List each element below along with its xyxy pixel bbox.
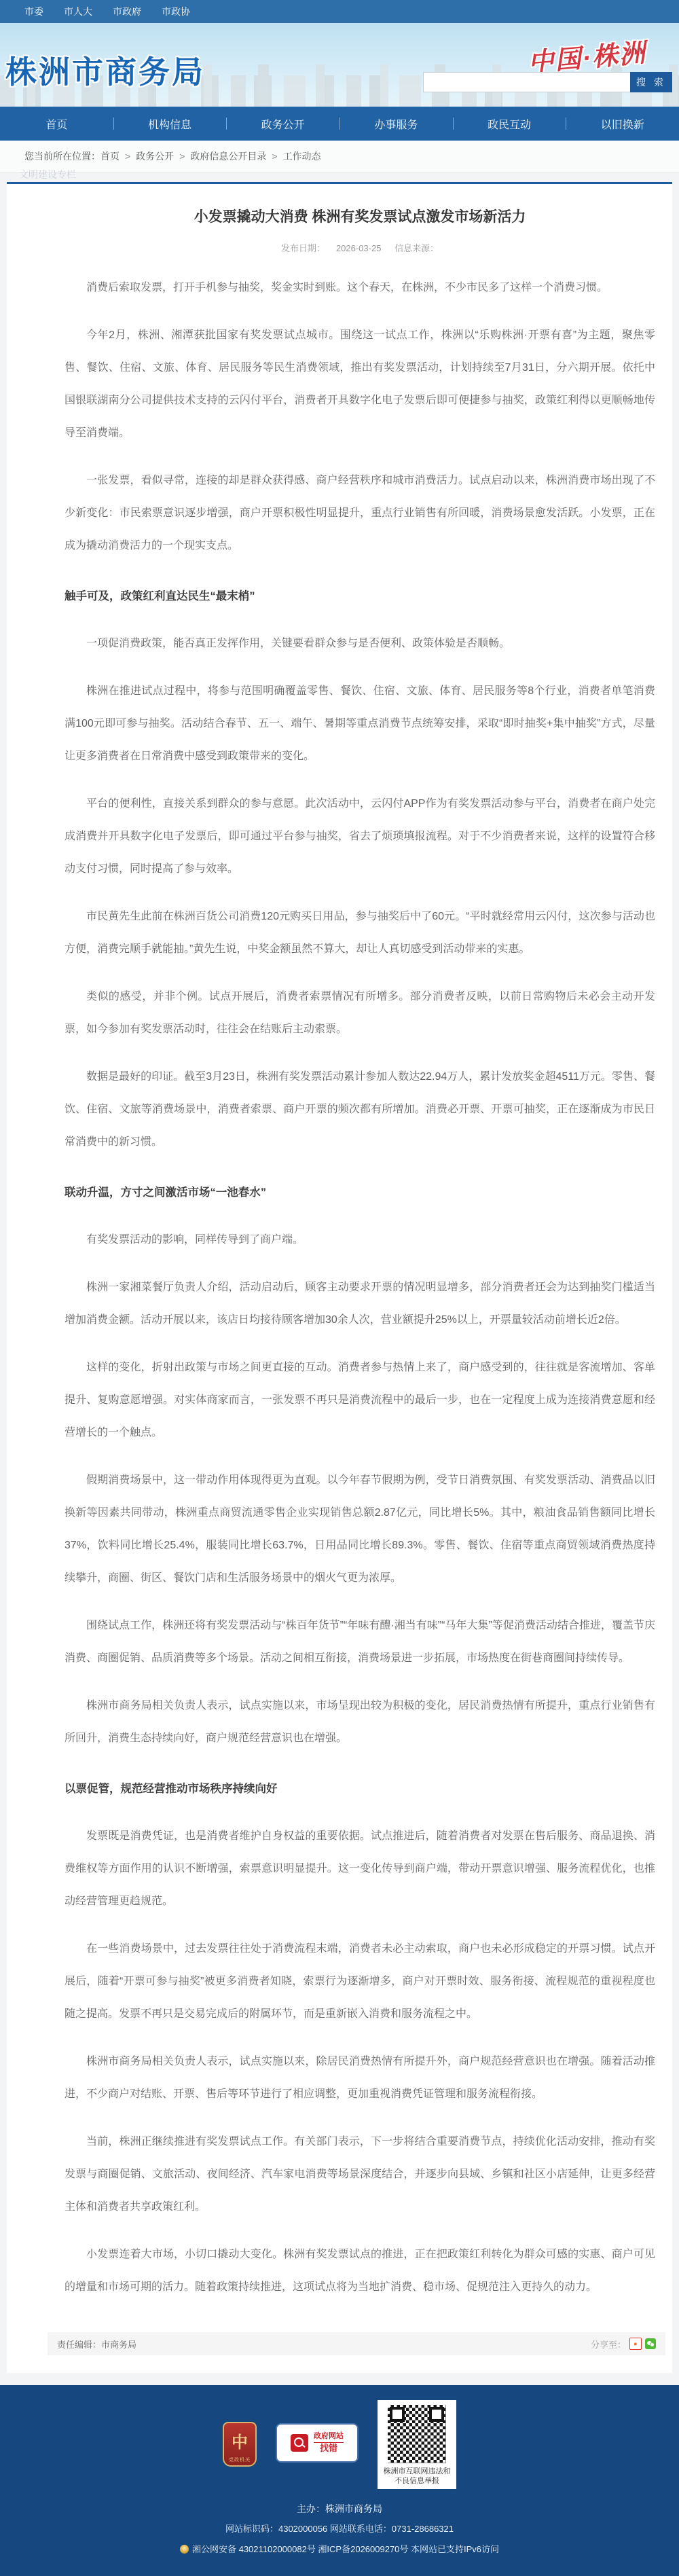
error-badge-line1: 政府网站 (314, 2432, 344, 2443)
illegal-info-report-badge[interactable]: 株洲市互联网违法和不良信息举报 (378, 2400, 456, 2489)
breadcrumb-section: 您当前所在位置： 首页 > 政务公开 > 政府信息公开目录 > 工作动态 文明建… (0, 141, 679, 182)
site-title: 株洲市商务局 (5, 48, 205, 92)
breadcrumb-item[interactable]: 政务公开 (136, 149, 174, 163)
article-paragraph: 一张发票，看似寻常，连接的却是群众获得感、商户经营秩序和城市消费活力。试点启动以… (65, 465, 655, 562)
article-paragraph: 株洲市商务局相关负责人表示，试点实施以来，除居民消费热情有所提升外，商户规范经营… (65, 2046, 655, 2111)
nav-item[interactable]: 机构信息 (113, 116, 227, 132)
article-card: 小发票撬动大消费 株洲有奖发票试点激发市场新活力 发布日期：2026-03-25… (7, 182, 672, 2373)
article-paragraph: 消费后索取发票，打开手机参与抽奖，奖金实时到账。这个春天，在株洲，不少市民多了这… (65, 272, 655, 304)
article-paragraph: 当前，株洲正继续推进有奖发票试点工作。有关部门表示，下一步将结合重要消费节点，持… (65, 2126, 655, 2224)
nav-item[interactable]: 政务公开 (226, 116, 339, 132)
article-paragraph: 这样的变化，折射出政策与市场之间更直接的互动。消费者参与热情上来了，商户感受到的… (65, 1352, 655, 1449)
beian-text: 湘公网安备 43021102000082号 湘ICP备2026009270号 本… (192, 2544, 499, 2554)
section-heading: 触手可及，政策红利直达民生“最末梢” (65, 580, 655, 613)
article-paragraph: 在一些消费场景中，过去发票往往处于消费流程末端，消费者未必主动索取，商户也未必形… (65, 1933, 655, 2031)
article-paragraph: 平台的便利性，直接关系到群众的参与意愿。此次活动中，云闪付APP作为有奖发票活动… (65, 788, 655, 886)
article-paragraph: 株洲一家湘菜餐厅负责人介绍，活动启动后，顾客主动要求开票的情况明显增多，部分消费… (65, 1271, 655, 1337)
breadcrumb-trail: 首页 > 政务公开 > 政府信息公开目录 > 工作动态 (100, 149, 321, 163)
site-banner: 株洲市商务局 中国·株洲 搜 索 (0, 23, 679, 107)
footer-badges: 中 党政机关 政府网站 找错 株洲市互联网违法和不良信息举报 (0, 2400, 679, 2489)
share-box: 分享至： ● (591, 2338, 656, 2351)
section-heading: 联动升温，方寸之间激活市场“一池春水” (65, 1176, 655, 1209)
breadcrumb-item[interactable]: 政府信息公开目录 (190, 149, 266, 163)
article-paragraph: 市民黄先生此前在株洲百货公司消费120元购买日用品，参与抽奖后中了60元。“平时… (65, 901, 655, 966)
error-badge-line2: 找错 (320, 2443, 337, 2454)
gov-links-bar: 市委市人大市政府市政协 (0, 0, 679, 23)
source-label: 信息来源： (394, 243, 439, 253)
search-bar: 搜 索 (423, 72, 672, 92)
gov-emblem-icon: 中 (224, 2429, 255, 2452)
footer-site-id-line: 网站标识码：4302000056 网站联系电话：0731-28686321 (0, 2519, 679, 2539)
nav-item[interactable]: 政民互动 (453, 116, 566, 132)
section-heading: 以票促管，规范经营推动市场秩序持续向好 (65, 1773, 655, 1805)
article-bottom-bar: 责任编辑：市商务局 分享至： ● (48, 2332, 665, 2355)
nav-item[interactable]: 办事服务 (339, 116, 453, 132)
gov-site-error-report-badge[interactable]: 政府网站 找错 (276, 2423, 359, 2463)
publish-date-label: 发布日期： (281, 243, 325, 253)
article-body: 消费后索取发票，打开手机参与抽奖，奖金实时到账。这个春天，在株洲，不少市民多了这… (65, 272, 655, 2304)
editor-name: 市商务局 (101, 2340, 136, 2350)
footer-host-line: 主办：株洲市商务局 (0, 2499, 679, 2519)
qr-code (388, 2405, 446, 2463)
nav-item[interactable]: 以旧换新 (566, 116, 679, 132)
article-paragraph: 类似的感受，并非个例。试点开展后，消费者索票情况有所增多。部分消费者反映，以前日… (65, 981, 655, 1046)
report-badge-caption: 株洲市互联网违法和不良信息举报 (382, 2467, 452, 2486)
article-paragraph: 一项促消费政策，能否真正发挥作用，关键要看群众参与是否便利、政策体验是否顺畅。 (65, 628, 655, 660)
gov-site-link[interactable]: 市委 (24, 5, 43, 18)
breadcrumb-separator: > (272, 151, 277, 162)
article-paragraph: 今年2月，株洲、湘潭获批国家有奖发票试点城市。围绕这一试点工作，株洲以“乐购株洲… (65, 319, 655, 450)
article-paragraph: 有奖发票活动的影响，同样传导到了商户端。 (65, 1224, 655, 1256)
search-input[interactable] (423, 72, 630, 92)
breadcrumb: 您当前所在位置： 首页 > 政务公开 > 政府信息公开目录 > 工作动态 (0, 141, 679, 173)
gov-site-link[interactable]: 市政府 (113, 5, 141, 18)
article-paragraph: 围绕试点工作，株洲还将有奖发票活动与“株百年货节”“年味有醴·湘当有味”“马年大… (65, 1610, 655, 1675)
article-paragraph: 数据是最好的印证。截至3月23日，株洲有奖发票活动累计参加人数达22.94万人，… (65, 1061, 655, 1159)
breadcrumb-item[interactable]: 首页 (100, 149, 120, 163)
search-button[interactable]: 搜 索 (630, 72, 672, 92)
main-nav: 首页机构信息政务公开办事服务政民互动以旧换新 (0, 107, 679, 141)
article-meta: 发布日期：2026-03-25 信息来源： (65, 241, 655, 254)
article-paragraph: 发票既是消费凭证，也是消费者维护自身权益的重要依据。试点推进后，随着消费者对发票… (65, 1820, 655, 1918)
gov-site-link[interactable]: 市政协 (162, 5, 190, 18)
publish-date: 2026-03-25 (336, 243, 382, 253)
weibo-share-icon[interactable]: ● (629, 2338, 642, 2350)
editor-line: 责任编辑：市商务局 (57, 2338, 136, 2351)
article-title: 小发票撬动大消费 株洲有奖发票试点激发市场新活力 (65, 207, 655, 228)
gov-badge-caption: 党政机关 (224, 2456, 255, 2463)
editor-label: 责任编辑： (57, 2340, 101, 2350)
wechat-share-icon[interactable] (645, 2338, 656, 2349)
article-paragraph: 小发票连着大市场，小切口撬动大变化。株洲有奖发票试点的推进，正在把政策红利转化为… (65, 2238, 655, 2304)
magnifier-icon (291, 2434, 308, 2452)
footer-beian-line: 湘公网安备 43021102000082号 湘ICP备2026009270号 本… (0, 2539, 679, 2560)
breadcrumb-separator: > (125, 151, 130, 162)
page-footer: 中 党政机关 政府网站 找错 株洲市互联网违法和不良信息举报 主办：株洲市商务局… (0, 2385, 679, 2576)
gov-site-link[interactable]: 市人大 (64, 5, 92, 18)
party-gov-org-badge[interactable]: 中 党政机关 (223, 2422, 257, 2467)
article-paragraph: 假期消费场景中，这一带动作用体现得更为直观。以今年春节假期为例，受节日消费氛围、… (65, 1464, 655, 1595)
article-paragraph: 株洲在推进试点过程中，将参与范围明确覆盖零售、餐饮、住宿、文旅、体育、居民服务等… (65, 675, 655, 773)
share-label: 分享至： (591, 2338, 626, 2351)
breadcrumb-item[interactable]: 工作动态 (283, 149, 321, 163)
nav-item[interactable]: 首页 (0, 116, 113, 132)
breadcrumb-prefix: 您当前所在位置： (24, 149, 100, 163)
breadcrumb-separator: > (179, 151, 185, 162)
police-badge-icon (180, 2545, 189, 2554)
article-paragraph: 株洲市商务局相关负责人表示，试点实施以来，市场呈现出较为积极的变化，居民消费热情… (65, 1690, 655, 1755)
